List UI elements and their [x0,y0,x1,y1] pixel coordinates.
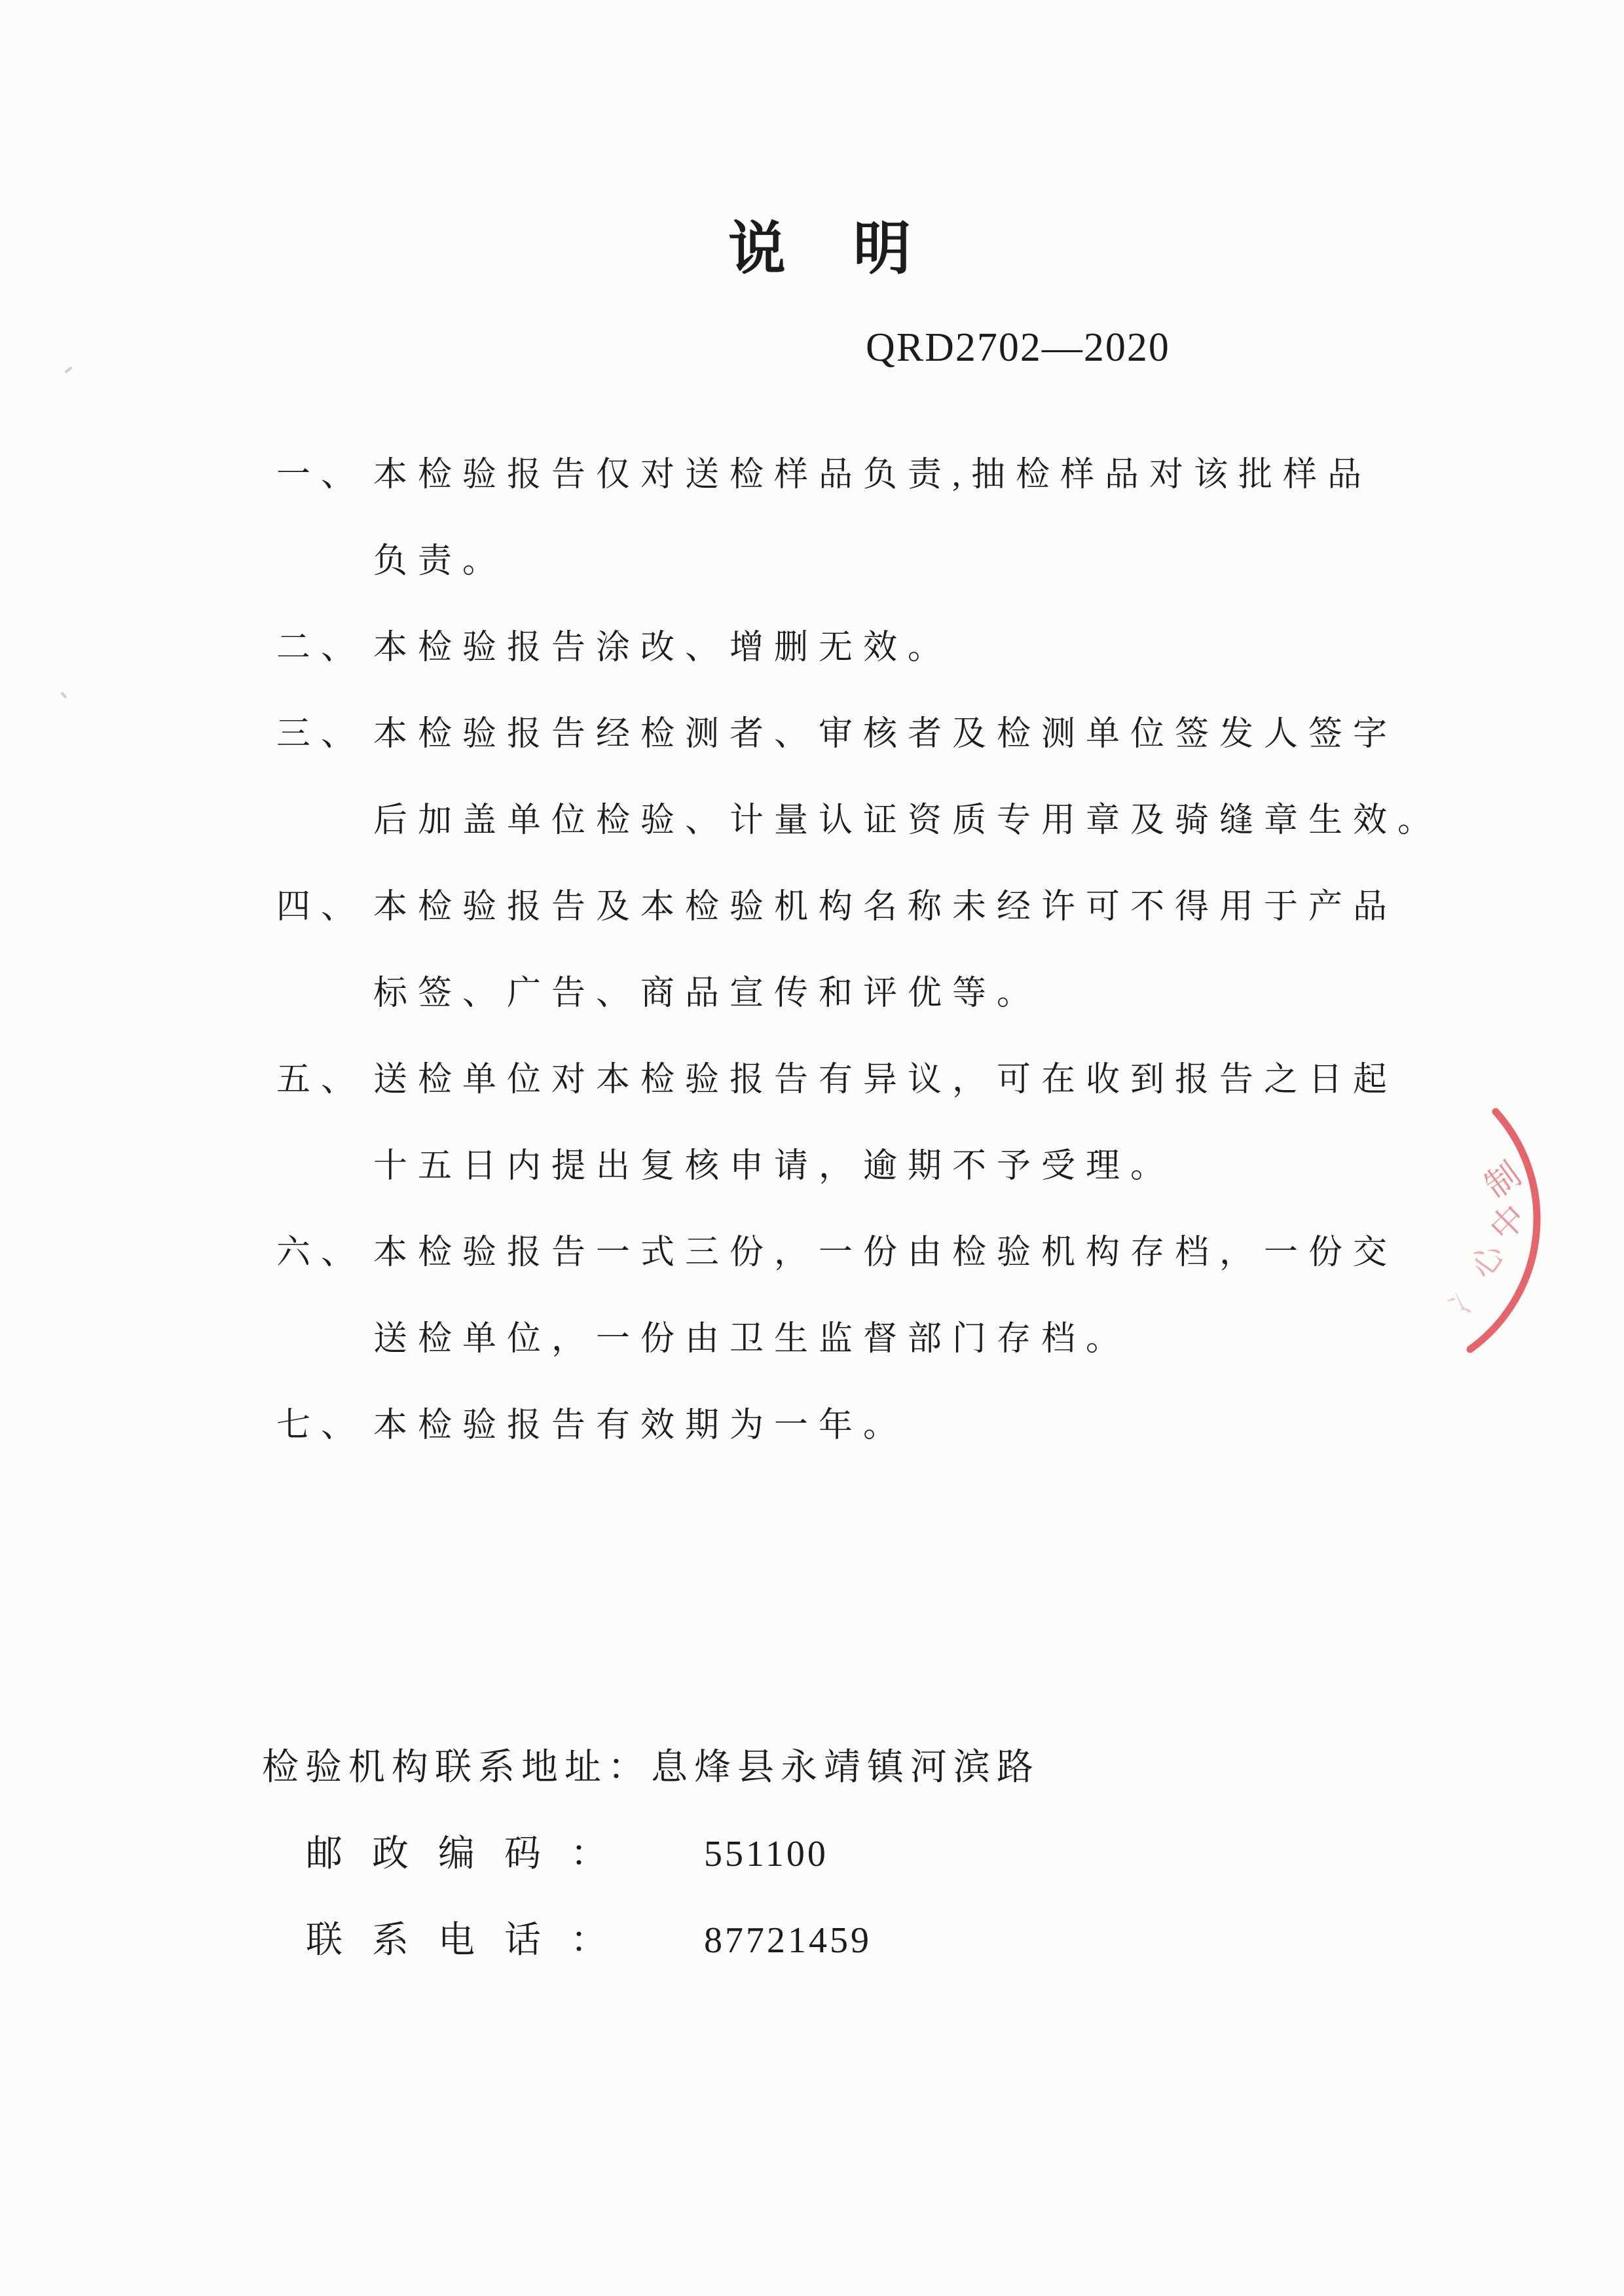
seal-glyph: 冫 [1443,1278,1486,1321]
note-number: 二、 [276,605,373,691]
note-line: 标签、广告、商品宣传和评优等。 [373,951,1449,1037]
postal-code-label: 邮政编码： [306,1811,637,1897]
seal-glyph: 中 [1483,1199,1534,1249]
scanned-report-notes-page: 说明 QRD2702—2020 一、 本检验报告仅对送检样品负责,抽检样品对该批… [0,0,1624,2296]
document-number: QRD2702—2020 [866,325,1170,371]
contact-phone-row: 联系电话： 87721459 [262,1897,1310,1984]
note-item-2: 二、 本检验报告涂改、增删无效。 [276,605,1449,691]
note-line: 后加盖单位检验、计量认证资质专用章及骑缝章生效。 [373,778,1449,864]
note-line: 本检验报告经检测者、审核者及检测单位签发人签字 [373,691,1449,778]
seal-glyph: 制 [1479,1156,1528,1206]
note-number: 七、 [276,1383,373,1469]
note-number: 一、 [276,432,373,605]
note-item-6: 六、 本检验报告一式三份，一份由检验机构存档，一份交 送检单位，一份由卫生监督部… [276,1210,1449,1383]
note-line: 本检验报告涂改、增删无效。 [373,605,1449,691]
red-seal-partial: 制 中 心 冫 [1408,1080,1585,1388]
contact-postal-row: 邮政编码： 551100 [262,1811,1310,1897]
note-item-5: 五、 送检单位对本检验报告有异议，可在收到报告之日起 十五日内提出复核申请，逾期… [276,1037,1449,1210]
note-number: 四、 [276,864,373,1037]
note-line: 本检验报告仅对送检样品负责,抽检样品对该批样品 [373,432,1449,519]
note-line: 本检验报告有效期为一年。 [373,1383,1449,1469]
phone-value: 87721459 [704,1897,872,1984]
note-line: 本检验报告一式三份，一份由检验机构存档，一份交 [373,1210,1449,1296]
note-line: 负责。 [373,519,1449,605]
note-line: 送检单位对本检验报告有异议，可在收到报告之日起 [373,1037,1449,1123]
address-label: 检验机构联系地址： [262,1747,651,1788]
note-number: 三、 [276,691,373,864]
note-line: 本检验报告及本检验机构名称未经许可不得用于产品 [373,864,1449,951]
address-value: 息烽县永靖镇河滨路 [651,1747,1040,1788]
note-item-1: 一、 本检验报告仅对送检样品负责,抽检样品对该批样品 负责。 [276,432,1449,605]
postal-code-value: 551100 [704,1811,828,1897]
contact-address-row: 检验机构联系地址：息烽县永靖镇河滨路 [262,1724,1310,1811]
note-item-7: 七、 本检验报告有效期为一年。 [276,1383,1449,1469]
note-line: 十五日内提出复核申请，逾期不予受理。 [373,1123,1449,1210]
page-title: 说明 [728,221,978,279]
note-item-4: 四、 本检验报告及本检验机构名称未经许可不得用于产品 标签、广告、商品宣传和评优… [276,864,1449,1037]
note-item-3: 三、 本检验报告经检测者、审核者及检测单位签发人签字 后加盖单位检验、计量认证资… [276,691,1449,864]
note-number: 五、 [276,1037,373,1210]
contact-block: 检验机构联系地址：息烽县永靖镇河滨路 邮政编码： 551100 联系电话： 87… [262,1724,1310,1984]
note-number: 六、 [276,1210,373,1383]
notes-list: 一、 本检验报告仅对送检样品负责,抽检样品对该批样品 负责。 二、 本检验报告涂… [276,432,1449,1469]
scan-speck [60,692,67,699]
scan-speck [64,366,73,373]
phone-label: 联系电话： [306,1897,637,1984]
note-line: 送检单位，一份由卫生监督部门存档。 [373,1296,1449,1383]
